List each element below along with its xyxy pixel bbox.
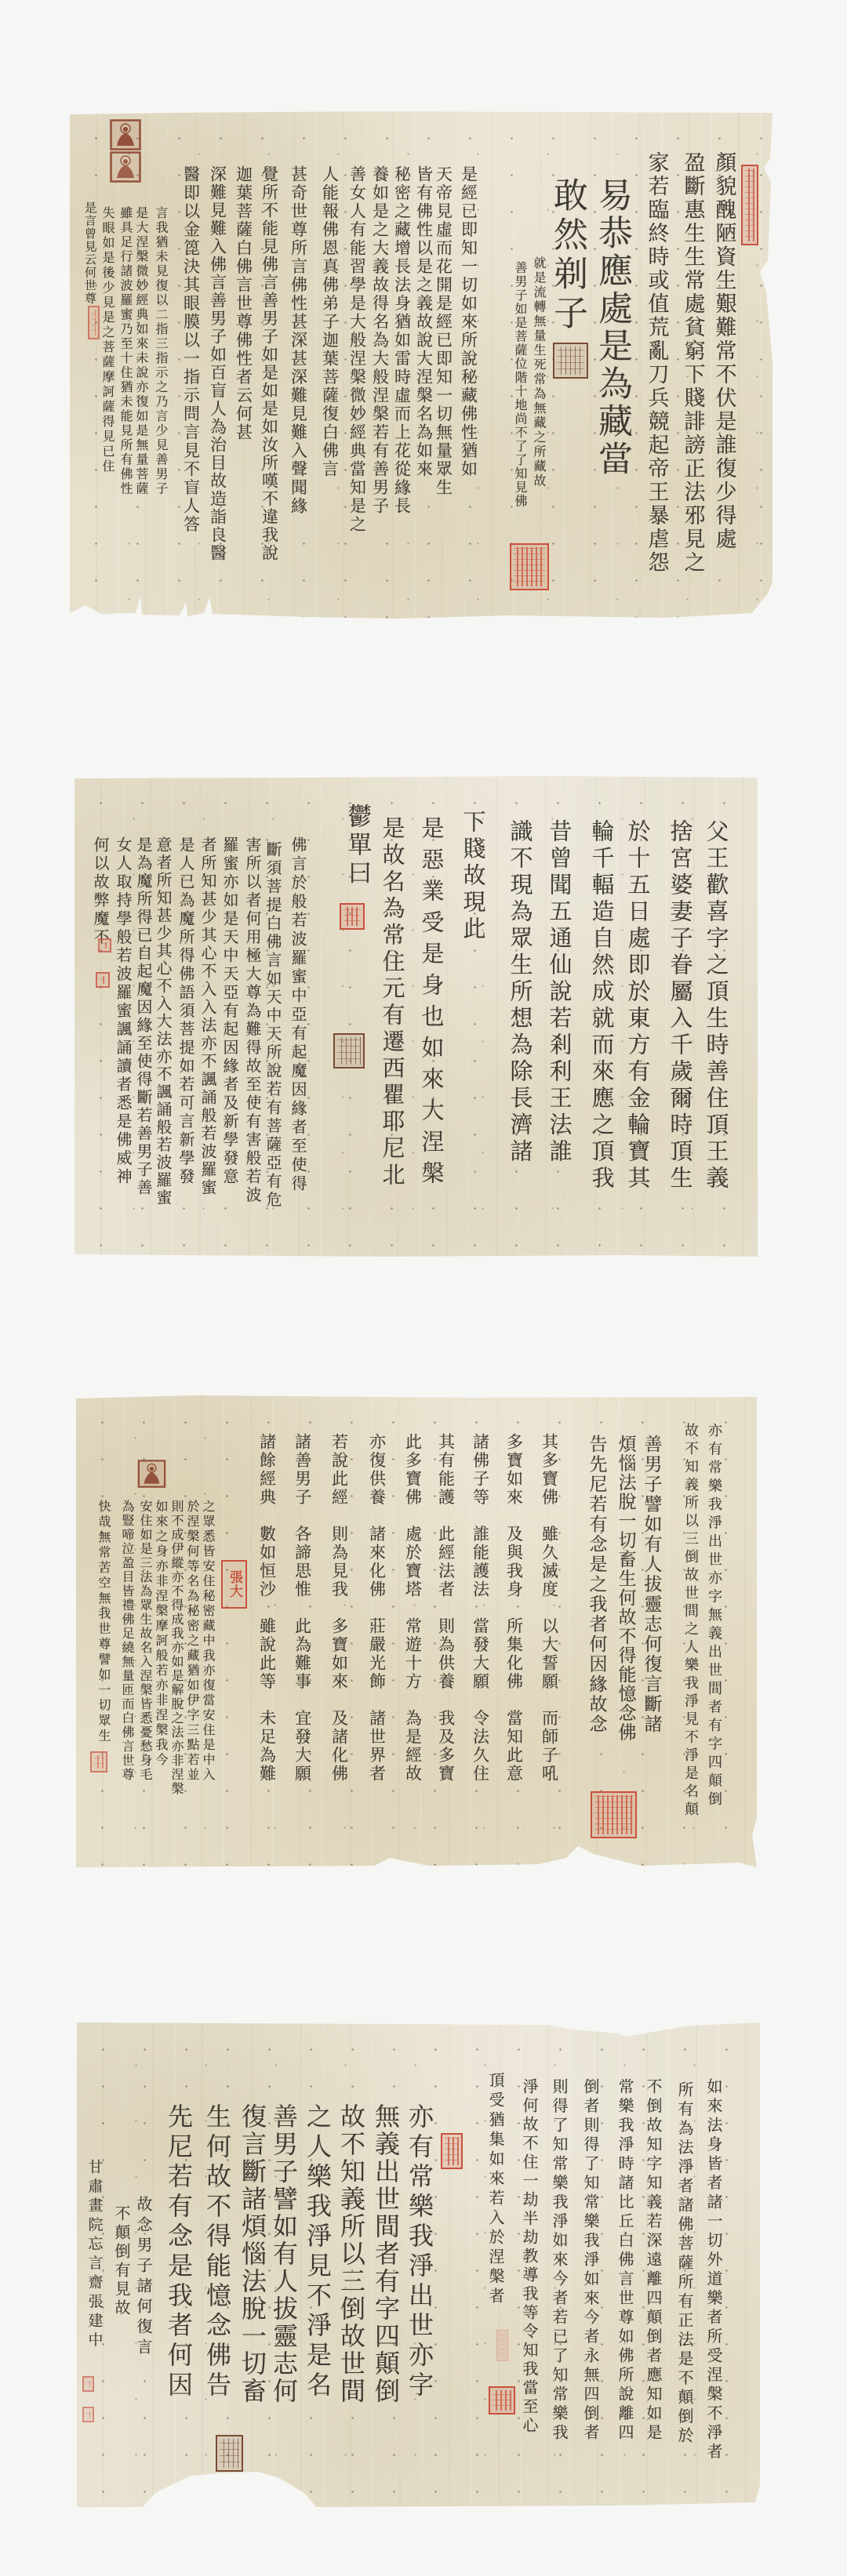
text-column: 者所知甚少其心不入入法亦不諷誦般若波羅蜜 [200, 836, 216, 1197]
red-seal-stamp [441, 2133, 463, 2169]
text-column: 是故名為常住元有遷西瞿耶尼北 [381, 816, 404, 1189]
annotation-column: 則不成伊縱亦不得成我亦如是解脫之法亦非涅槃 [170, 1500, 183, 1796]
text-column: 是經已即知一切如來所說秘藏佛性猶如 [460, 165, 477, 479]
heading-column: 鬱單曰 [345, 804, 369, 888]
red-seal-stamp [340, 903, 365, 930]
annotation-column: 則得了知常樂我淨如來今者若已了知常樂我 [551, 2078, 567, 2444]
buddha-seal-icon [110, 151, 141, 183]
text-column: 覺所不能見佛言善男子如是如是如汝所嘆不違我說 [261, 165, 278, 562]
text-column: 意者所知甚少其心不入大法亦不諷誦般若波羅蜜 [155, 836, 171, 1207]
text-column: 是人已為魔所得佛語須菩提如若可言新學發 [178, 836, 194, 1187]
verse-column: 多寶如來 及與我身 所集化佛 當知此意 [506, 1433, 522, 1783]
title-column: 敢然剃子 [550, 177, 584, 334]
text-column: 女人取持學般若波羅蜜諷誦讀者悉是佛威神 [115, 836, 131, 1187]
text-column: 顏貌醜陋資生艱難常不伏是誰復少得處 [714, 151, 735, 551]
text-column: 羅蜜亦如是天中天亞有起因緣者及新學發意 [222, 836, 238, 1187]
text-column: 煩惱法脫一切畜生何故不得能憶念佛 [616, 1435, 634, 1742]
text-column: 是為魔所得已自起魔因緣至使得斷若善男子善 [136, 836, 151, 1197]
text-column: 父王歡喜字之頂生時善住頂王義 [705, 819, 728, 1192]
text-column: 善男子譬如有人拔靈志何復言斷諸 [642, 1435, 660, 1735]
red-seal-stamp [90, 1751, 107, 1772]
text-column: 迦葉菩薩白佛言世尊佛性者云何甚 [235, 165, 252, 442]
text-column: 皆有佛性以是之義故說大涅槃名為如來 [416, 165, 432, 479]
text-column: 盈斷惠生生常處貧窮下賤誹謗正法邪見之 [682, 151, 703, 575]
text-column: 無義出世間者有字四顛倒 [373, 2103, 398, 2405]
annotation-column: 如來之身亦非涅槃摩訶般若亦非涅槃我今 [154, 1500, 167, 1768]
text-column: 生何故不得能憶念佛告 [205, 2103, 230, 2401]
annotation-column: 不倒故知字知義若深遠離四顛倒者應知如是 [645, 2078, 661, 2444]
faint-seal-stamp [496, 2330, 508, 2361]
text-column: 何以故弊魔不 [93, 836, 108, 947]
red-seal-stamp [741, 165, 758, 245]
text-column: 害所以者何用極大尊為難得故至使有害般若波 [245, 836, 260, 1205]
text-column: 秘密之藏增長法身猶如雷時虛而上花從緣長 [394, 165, 410, 516]
title-column: 易恭應處是為藏當 [594, 177, 629, 478]
annotation-column: 故念男子諸何復言 [136, 2196, 151, 2359]
brown-seal-stamp [216, 2435, 243, 2472]
text-column: 家若臨終時或值荒亂刀兵競起帝王暴虐怨 [646, 151, 667, 575]
calligraphy-scroll-page: 顏貌醜陋資生艱難常不伏是誰復少得處 盈斷惠生生常處貧窮下賤誹謗正法邪見之 家若臨… [0, 0, 847, 2576]
text-column: 於十五日處即於東方有金輪寶其 [627, 819, 649, 1192]
text-column: 醫即以金箆決其眼膜以一指示問言見不盲人答 [183, 165, 199, 534]
text-column: 是惡業受是身也如來大涅槃 [420, 816, 443, 1192]
annotation-column: 倒者則得了知常樂我淨如來今者永無四倒者 [583, 2078, 598, 2444]
zhang-da-seal-stamp: 張大 [221, 1560, 247, 1609]
text-column: 甚奇世尊所言佛性甚深甚深難見難入聲聞緣 [290, 165, 307, 516]
annotation-column: 失眼如是後少見是之菩薩摩訶薩得見已住 [101, 206, 114, 474]
red-seal-stamp [96, 972, 110, 988]
red-seal-stamp [98, 938, 111, 952]
annotation-column: 雖具足行諸波羅蜜乃至十住猶未能見所有佛性 [119, 206, 132, 496]
annotation-column: 是大涅槃微妙經典如來未說亦復如是無量菩薩 [135, 206, 147, 496]
text-column: 復言斷諸煩惱法脫一切畜 [240, 2103, 265, 2405]
text-column: 捨宮婆妻子眷屬入千歲爾時頂生 [669, 819, 692, 1192]
red-seal-stamp [510, 543, 549, 590]
annotation-column: 言我猶未見復以二指三指示之乃言少見善男子 [154, 206, 167, 496]
text-column: 斷須菩提白佛言如天中天所說若有菩薩亞有危 [265, 841, 281, 1210]
buddha-seal-icon [110, 119, 141, 151]
verse-column: 諸善男子 各諦思惟 此為難事 宜發大願 [294, 1433, 311, 1783]
annotation-column: 亦有常樂我淨出世亦字無義出世間者有字四顛倒 [707, 1423, 721, 1810]
text-column: 人能報佛恩真佛弟子迦葉菩薩復白佛言 [322, 165, 338, 479]
verse-column: 此多寶佛 處於寶塔 常遊十方 為是經故 [405, 1433, 421, 1783]
annotation-column: 快哉無常苦空無我世尊譬如一切眾生 [97, 1500, 110, 1744]
text-column: 善女人有能習學是大般涅槃微妙經典當知是之 [349, 165, 365, 534]
red-seal-stamp [82, 2407, 94, 2422]
annotation-column: 之眾悉皆安住秘密藏中我亦復當安住是中入 [202, 1500, 214, 1783]
red-seal-stamp [489, 2386, 515, 2415]
annotation-column: 是言曾見云何世尊 [84, 201, 96, 305]
red-seal-stamp [82, 2376, 94, 2392]
seal-inscription: 張大 [223, 1562, 245, 1607]
annotation-column: 就是流轉無量生死常為無藏之所藏故 [533, 256, 545, 488]
annotation-column: 如來法身皆者諸一切外道樂者所受涅槃不淨者 [706, 2078, 722, 2462]
annotation-column: 善男子如是菩薩位階十地尚不了了知見佛 [514, 261, 526, 508]
text-column: 告先尼若有念是之我者何因緣故念 [587, 1435, 605, 1735]
text-column: 故不知義所以三倒故世間 [339, 2103, 364, 2405]
buddha-seal-icon [137, 1460, 166, 1488]
text-column: 善男子譬如有人拔靈志何 [271, 2103, 296, 2405]
verse-column: 諸佛子等 誰能護法 當發大願 令法久住 [472, 1433, 489, 1783]
text-column: 先尼若有念是我者何因 [166, 2103, 191, 2401]
verse-column: 亦復供養 諸來化佛 莊嚴光飾 諸世界者 [369, 1433, 385, 1783]
text-column: 識不現為眾生所想為除長濟諸 [509, 819, 532, 1166]
text-column: 佛言於般若波羅蜜中亞有起魔因緣者至使得 [290, 836, 306, 1194]
annotation-column: 所有為法淨者諸佛菩薩所有正法是不顛倒於 [677, 2081, 693, 2447]
annotation-column: 安住如是三法為眾生故名入涅槃皆悉憂愁身毛 [139, 1500, 151, 1782]
text-column: 輪千輻造自然成就而來應之頂我 [591, 819, 613, 1192]
text-column: 深難見難入佛言善男子如百盲人為治目故造詣良醫 [209, 165, 226, 562]
annotation-column: 於涅槃何等名為秘密之藏猶如伊字三點若並 [186, 1500, 198, 1783]
verse-column: 其有能護 此經法者 則為供養 我及多寶 [438, 1433, 454, 1783]
red-seal-stamp [88, 306, 100, 339]
verse-column: 若說此經 則為見我 多寶如來 及諸化佛 [331, 1433, 347, 1783]
signature-column: 甘肅畫院忘言齋張建中 [87, 2159, 102, 2351]
text-column: 養如是之大義故得名為大般涅槃若有善男子 [372, 165, 388, 516]
text-column: 之人樂我淨見不淨是名 [305, 2103, 330, 2401]
text-column: 下賤故現此 [462, 810, 485, 943]
verse-column: 諸餘經典 數如恒沙 雖說此等 未足為難 [259, 1433, 275, 1783]
annotation-column: 為豎啼泣盈目皆禮佛足繞無量匝而白佛言世尊 [121, 1500, 133, 1782]
verse-column: 其多寶佛 雖久滅度 以大誓願 而師子吼 [541, 1433, 558, 1783]
red-seal-stamp [591, 1791, 637, 1838]
brown-seal-stamp [333, 1033, 365, 1068]
text-column: 亦有常樂我淨出世亦字 [407, 2103, 432, 2401]
brown-seal-stamp [553, 343, 588, 379]
annotation-column: 常樂我淨時諸比丘白佛言世尊如佛所說離四 [617, 2078, 633, 2444]
text-column: 昔曾聞五通仙說若剎利王法誰 [548, 819, 571, 1166]
annotation-column: 淨何故不住一劫半劫教導我等令知我當至心 [522, 2078, 537, 2436]
annotation-column: 故不知義所以三倒故世間之人樂我淨見不淨是名顛 [683, 1423, 697, 1820]
annotation-column: 不顛倒有見故 [114, 2205, 129, 2318]
annotation-column: 頂受猶集如來若入於涅槃者 [488, 2072, 503, 2307]
text-column: 天帝見虛而花開是經已即知一切無量眾生 [435, 165, 452, 497]
